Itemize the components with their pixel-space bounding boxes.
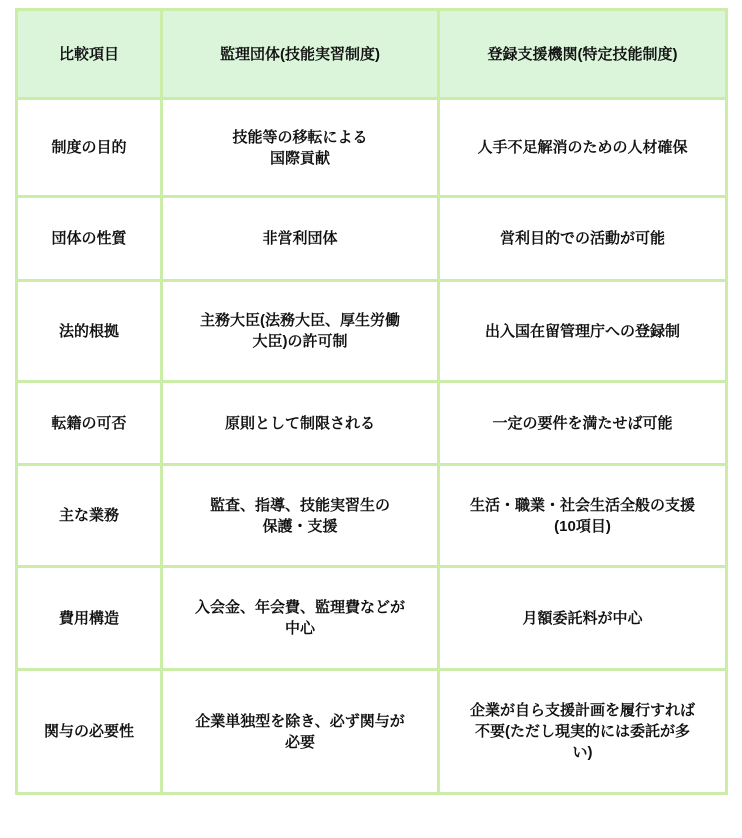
table-row: 制度の目的 技能等の移転による 国際貢献 人手不足解消のための人材確保 (17, 99, 727, 197)
cell-kanri-dantai: 監査、指導、技能実習生の 保護・支援 (162, 465, 439, 567)
table-row: 比較項目 監理団体(技能実習制度) 登録支援機関(特定技能制度) (17, 10, 727, 99)
table-row: 転籍の可否 原則として制限される 一定の要件を満たせば可能 (17, 382, 727, 465)
cell-touroku-shien: 営利目的での活動が可能 (439, 197, 727, 281)
table-row: 主な業務 監査、指導、技能実習生の 保護・支援 生活・職業・社会生活全般の支援 … (17, 465, 727, 567)
row-label-cell: 制度の目的 (17, 99, 162, 197)
row-label-cell: 転籍の可否 (17, 382, 162, 465)
cell-kanri-dantai: 企業単独型を除き、必ず関与が 必要 (162, 670, 439, 794)
cell-kanri-dantai: 主務大臣(法務大臣、厚生労働 大臣)の許可制 (162, 281, 439, 382)
cell-kanri-dantai: 原則として制限される (162, 382, 439, 465)
cell-touroku-shien: 人手不足解消のための人材確保 (439, 99, 727, 197)
row-label-cell: 主な業務 (17, 465, 162, 567)
col-header-kanri-dantai: 監理団体(技能実習制度) (162, 10, 439, 99)
comparison-table: 比較項目 監理団体(技能実習制度) 登録支援機関(特定技能制度) 制度の目的 技… (15, 8, 728, 795)
cell-kanri-dantai: 非営利団体 (162, 197, 439, 281)
cell-touroku-shien: 生活・職業・社会生活全般の支援 (10項目) (439, 465, 727, 567)
table-row: 法的根拠 主務大臣(法務大臣、厚生労働 大臣)の許可制 出入国在留管理庁への登録… (17, 281, 727, 382)
page: 比較項目 監理団体(技能実習制度) 登録支援機関(特定技能制度) 制度の目的 技… (0, 0, 742, 838)
table-row: 費用構造 入会金、年会費、監理費などが 中心 月額委託料が中心 (17, 567, 727, 670)
table-body: 制度の目的 技能等の移転による 国際貢献 人手不足解消のための人材確保 団体の性… (17, 99, 727, 794)
table-header-row: 比較項目 監理団体(技能実習制度) 登録支援機関(特定技能制度) (17, 10, 727, 99)
row-label-cell: 団体の性質 (17, 197, 162, 281)
cell-kanri-dantai: 入会金、年会費、監理費などが 中心 (162, 567, 439, 670)
table-row: 団体の性質 非営利団体 営利目的での活動が可能 (17, 197, 727, 281)
row-label-cell: 費用構造 (17, 567, 162, 670)
cell-touroku-shien: 月額委託料が中心 (439, 567, 727, 670)
row-label-cell: 関与の必要性 (17, 670, 162, 794)
cell-touroku-shien: 一定の要件を満たせば可能 (439, 382, 727, 465)
cell-touroku-shien: 出入国在留管理庁への登録制 (439, 281, 727, 382)
col-header-comparison-item: 比較項目 (17, 10, 162, 99)
table-row: 関与の必要性 企業単独型を除き、必ず関与が 必要 企業が自ら支援計画を履行すれば… (17, 670, 727, 794)
row-label-cell: 法的根拠 (17, 281, 162, 382)
cell-touroku-shien: 企業が自ら支援計画を履行すれば 不要(ただし現実的には委託が多 い) (439, 670, 727, 794)
cell-kanri-dantai: 技能等の移転による 国際貢献 (162, 99, 439, 197)
col-header-touroku-shien-kikan: 登録支援機関(特定技能制度) (439, 10, 727, 99)
